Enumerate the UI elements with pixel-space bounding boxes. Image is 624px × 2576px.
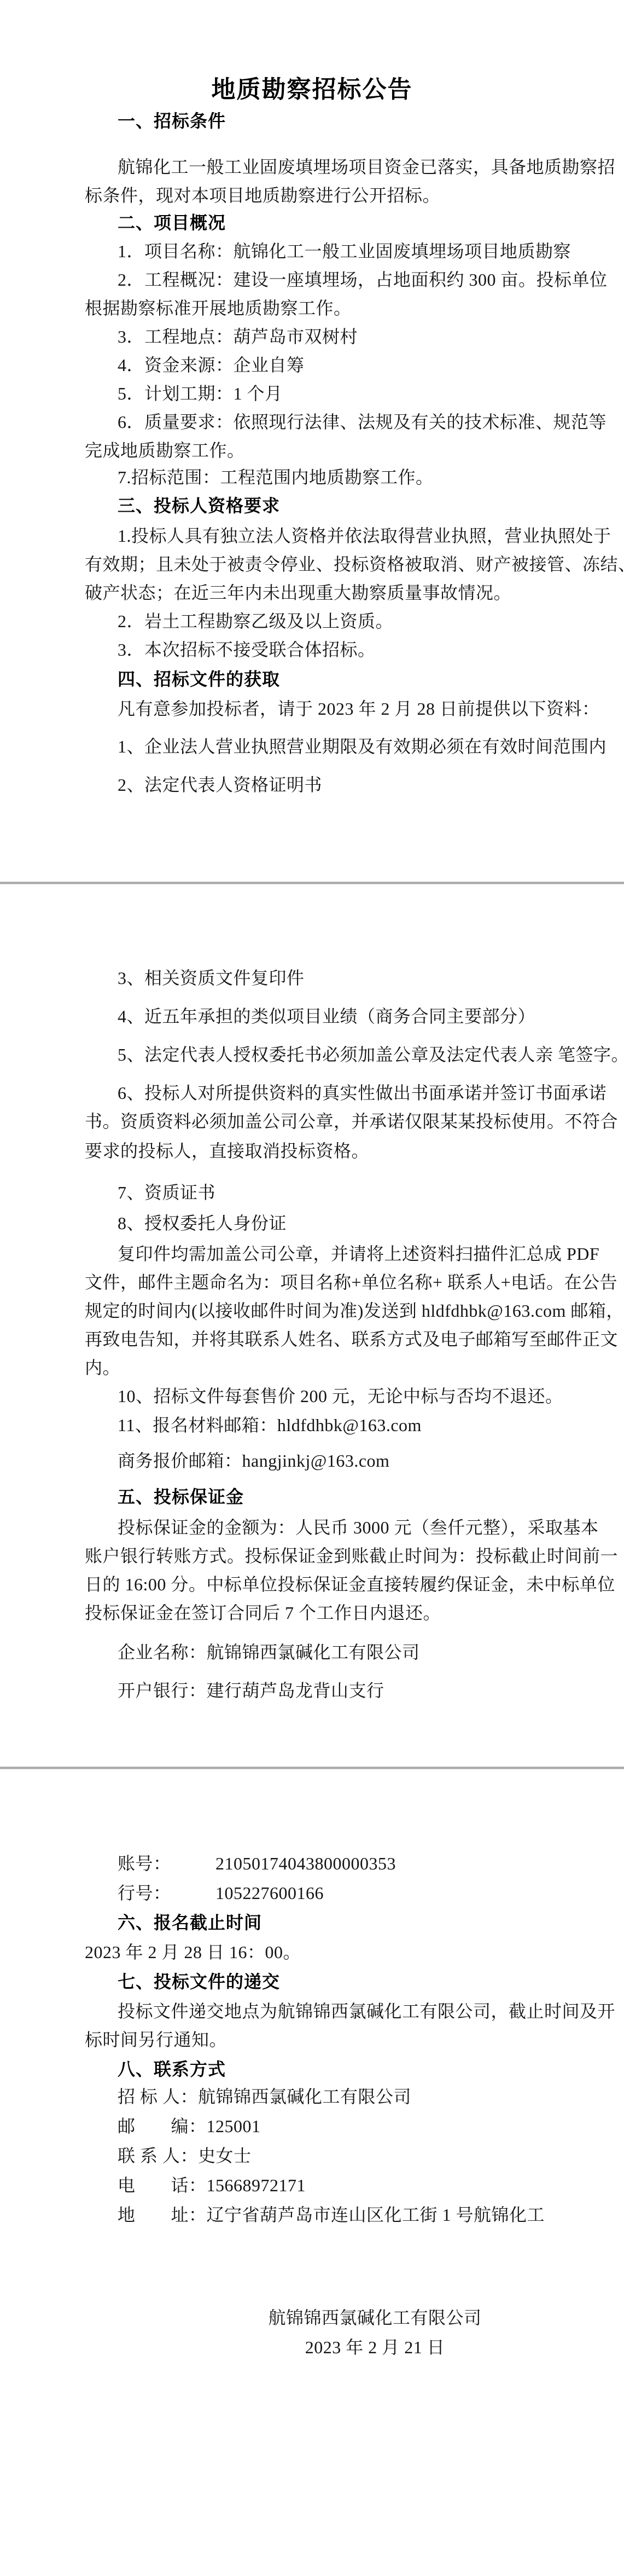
contact-line: 电 话：15668972171 (118, 2175, 306, 2196)
body-line: 4、近五年承担的类似项目业绩（商务合同主要部分） (118, 1006, 535, 1027)
body-line: 1.投标人具有独立法人资格并依法取得营业执照，营业执照处于 (118, 525, 611, 546)
body-line: 4．资金来源：企业自筹 (118, 355, 305, 375)
body-line: 标条件，现对本项目地质勘察进行公开招标。 (85, 185, 440, 206)
body-line: 根据勘察标准开展地质勘察工作。 (85, 298, 352, 319)
body-line: 2、法定代表人资格证明书 (118, 774, 322, 795)
section-heading: 五、投标保证金 (118, 1486, 244, 1507)
body-line: 凡有意参加投标者，请于 2023 年 2 月 28 日前提供以下资料： (118, 698, 600, 719)
body-line: 2023 年 2 月 28 日 16：00。 (85, 1942, 301, 1963)
body-line: 6．质量要求：依照现行法律、法规及有关的技术标准、规范等 (118, 412, 606, 432)
body-line: 企业名称：航锦锦西氯碱化工有限公司 (118, 1642, 420, 1663)
body-line: 标时间另行通知。 (85, 2029, 227, 2050)
body-line: 完成地质勘察工作。 (85, 440, 245, 461)
section-heading: 八、联系方式 (118, 2059, 226, 2080)
body-line: 6、投标人对所提供资料的真实性做出书面承诺并签订书面承诺 (118, 1083, 606, 1103)
body-line: 内。 (85, 1357, 120, 1378)
body-line: 要求的投标人，直接取消投标资格。 (85, 1141, 369, 1161)
body-line: 再致电告知，并将其联系人姓名、联系方式及电子邮箱写至邮件正文 (85, 1329, 618, 1350)
body-line: 有效期；且未处于被责令停业、投标资格被取消、财产被接管、冻结、 (85, 554, 624, 575)
section-heading: 四、招标文件的获取 (118, 669, 280, 690)
body-line: 5、法定代表人授权委托书必须加盖公章及法定代表人亲 笔签字。 (118, 1044, 624, 1065)
body-line: 3．工程地点：葫芦岛市双树村 (118, 326, 358, 347)
tender-notice-document: 地质勘察招标公告 一、招标条件 航锦化工一般工业固废填埋场项目资金已落实，具备地… (0, 0, 624, 2576)
body-line: 3、相关资质文件复印件 (118, 968, 305, 988)
body-line: 账户银行转账方式。投标保证金到账截止时间为：投标截止时间前一 (85, 1545, 618, 1566)
body-line: 7、资质证书 (118, 1182, 215, 1203)
body-line: 7.招标范围：工程范围内地质勘察工作。 (118, 467, 434, 488)
section-heading: 六、报名截止时间 (118, 1912, 262, 1933)
footer-company-name: 航锦锦西氯碱化工有限公司 (0, 2307, 624, 2328)
body-line: 8、授权委托人身份证 (118, 1213, 287, 1234)
body-line: 2．工程概况：建设一座填埋场，占地面积约 300 亩。投标单位 (118, 269, 608, 290)
section-heading: 一、招标条件 (118, 111, 226, 131)
body-line: 11、报名材料邮箱：hldfdhbk@163.com (118, 1415, 422, 1435)
body-line: 2．岩土工程勘察乙级及以上资质。 (118, 611, 393, 632)
body-line: 1、企业法人营业执照营业期限及有效期必须在有效时间范围内 (118, 736, 606, 757)
body-line: 投标文件递交地点为航锦锦西氯碱化工有限公司，截止时间及开 (118, 2001, 615, 2022)
account-number-line: 账号： 21050174043800000353 (118, 1853, 396, 1874)
body-line: 1．项目名称：航锦化工一般工业固废填埋场项目地质勘察 (118, 241, 571, 262)
body-line: 复印件均需加盖公司公章，并请将上述资料扫描件汇总成 PDF (118, 1243, 599, 1264)
contact-line: 地 址：辽宁省葫芦岛市连山区化工街 1 号航锦化工 (118, 2204, 545, 2225)
contact-line: 招 标 人：航锦锦西氯碱化工有限公司 (118, 2086, 411, 2107)
body-line: 书。资质资料必须加盖公司公章，并承诺仅限某某投标使用。不符合 (85, 1111, 618, 1132)
page-separator (0, 882, 624, 885)
body-line: 商务报价邮箱：hangjinkj@163.com (118, 1450, 389, 1471)
contact-line: 联 系 人：史女士 (118, 2145, 252, 2166)
body-line: 规定的时间内(以接收邮件时间为准)发送到 hldfdhbk@163.com 邮箱… (85, 1300, 624, 1321)
body-line: 5．计划工期：1 个月 (118, 383, 283, 404)
section-heading: 二、项目概况 (118, 212, 226, 233)
body-line: 10、招标文件每套售价 200 元，无论中标与否均不退还。 (118, 1386, 563, 1406)
doc-title: 地质勘察招标公告 (0, 76, 624, 105)
body-line: 开户银行：建行葫芦岛龙背山支行 (118, 1680, 384, 1701)
body-line: 文件，邮件主题命名为：项目名称+单位名称+ 联系人+电话。在公告 (85, 1272, 617, 1293)
bank-number-line: 行号： 105227600166 (118, 1883, 324, 1903)
page-separator (0, 1767, 624, 1770)
body-line: 投标保证金在签订合同后 7 个工作日内退还。 (85, 1602, 441, 1623)
body-line: 航锦化工一般工业固废填埋场项目资金已落实，具备地质勘察招 (118, 157, 615, 177)
section-heading: 三、投标人资格要求 (118, 495, 280, 516)
section-heading: 七、投标文件的递交 (118, 1971, 280, 1992)
contact-line: 邮 编：125001 (118, 2116, 261, 2137)
footer-date: 2023 年 2 月 21 日 (0, 2337, 624, 2358)
body-line: 日的 16:00 分。中标单位投标保证金直接转履约保证金，未中标单位 (85, 1574, 615, 1595)
body-line: 破产状态；在近三年内未出现重大勘察质量事故情况。 (85, 582, 511, 603)
body-line: 投标保证金的金额为：人民币 3000 元（叁仟元整），采取基本 (118, 1517, 599, 1538)
body-line: 3．本次招标不接受联合体招标。 (118, 639, 376, 660)
